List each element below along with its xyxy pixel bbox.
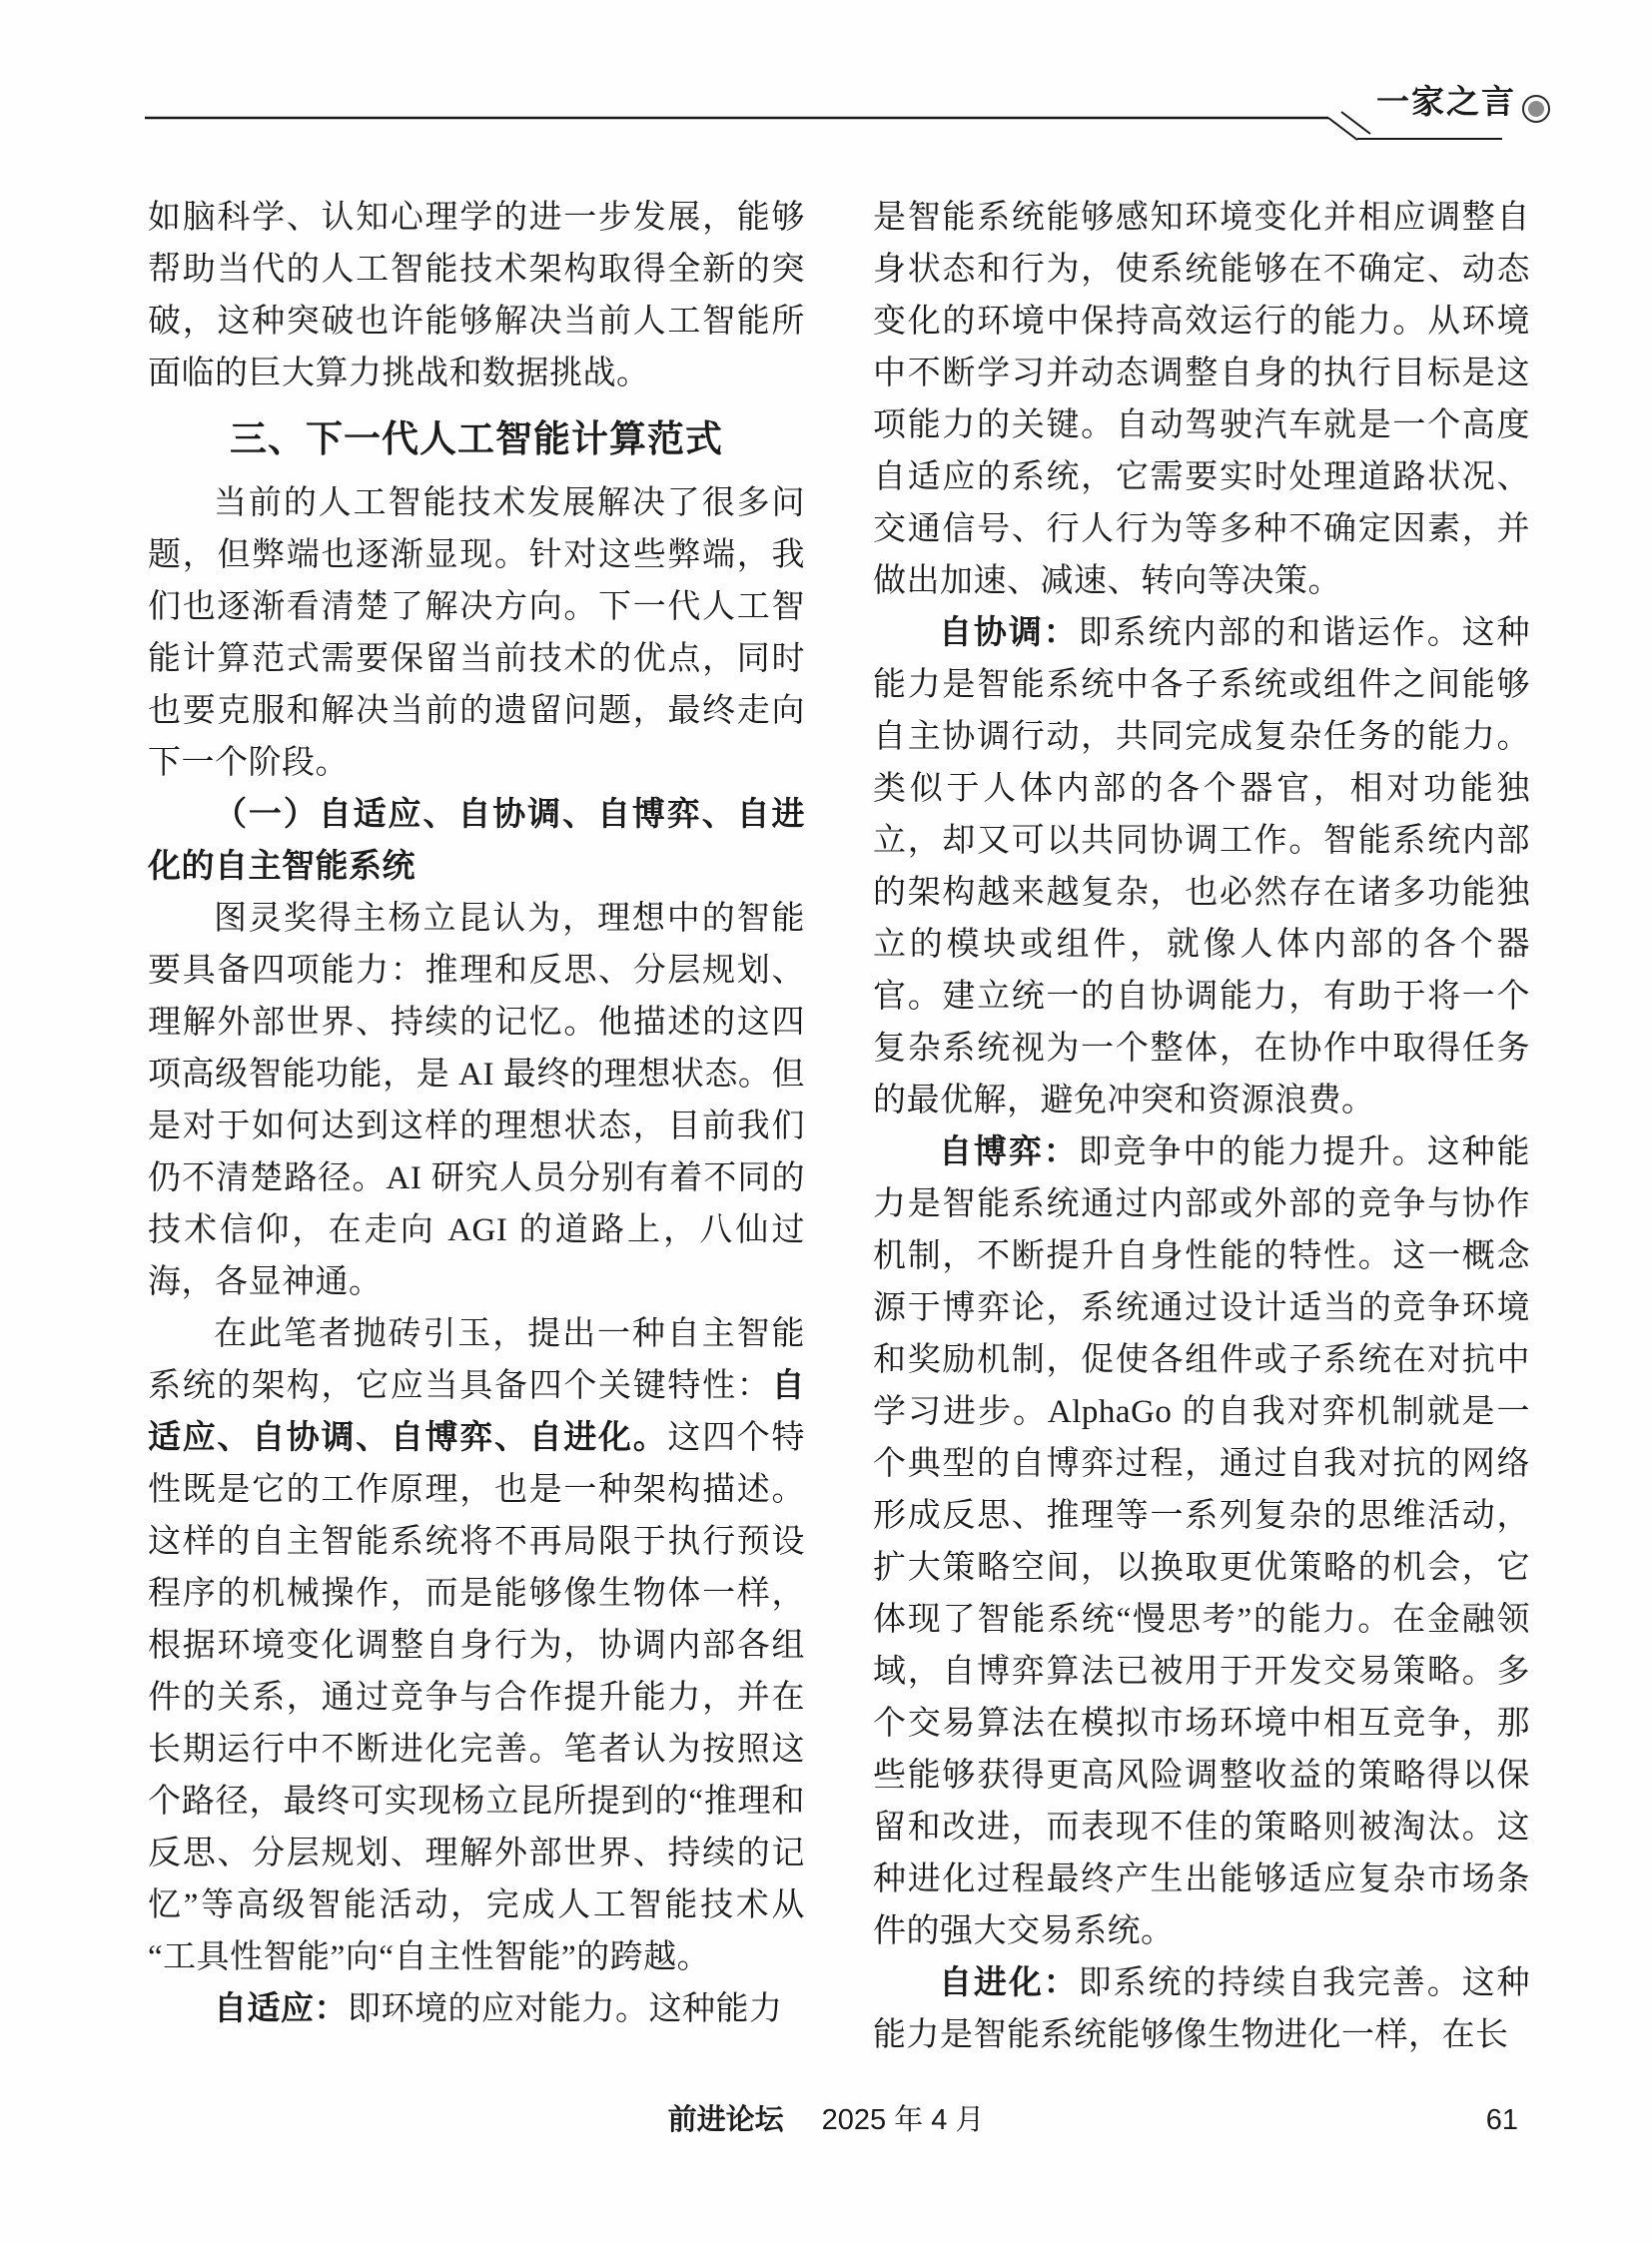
left-column: 如脑科学、认知心理学的进一步发展，能够帮助当代的人工智能技术架构取得全新的突破，… <box>148 192 805 2035</box>
paragraph-text: 即系统内部的和谐运作。这种能力是智能系统中各子系统或组件之间能够自主协调行动，共… <box>873 615 1530 1119</box>
term-lead: 自适应： <box>214 1991 348 2027</box>
right-column: 是智能系统能够感知环境变化并相应调整自身状态和行为，使系统能够在不确定、动态变化… <box>873 192 1530 2061</box>
section-label: 一家之言 <box>1376 84 1516 122</box>
paragraph: 自协调：即系统内部的和谐运作。这种能力是智能系统中各子系统或组件之间能够自主协调… <box>873 607 1530 1126</box>
journal-name: 前进论坛 <box>668 2104 784 2136</box>
page-number: 61 <box>1422 2103 1518 2137</box>
paragraph-text: 在此笔者抛砖引玉，提出一种自主智能系统的架构，它应当具备四个关键特性： <box>148 1316 805 1404</box>
sub-heading: （一）自适应、自协调、自博弈、自进化的自主智能系统 <box>148 789 805 893</box>
paragraph: 当前的人工智能技术发展解决了很多问题，但弊端也逐渐显现。针对这些弊端，我们也逐渐… <box>148 477 805 789</box>
paragraph: 自适应：即环境的应对能力。这种能力 <box>148 1983 805 2035</box>
section-heading: 三、下一代人工智能计算范式 <box>148 415 805 463</box>
magazine-page: 一家之言 如脑科学、认知心理学的进一步发展，能够帮助当代的人工智能技术架构取得全… <box>0 0 1652 2242</box>
bullseye-icon <box>1522 95 1550 123</box>
term-lead: 自博弈： <box>939 1134 1079 1170</box>
term-lead: 自协调： <box>939 615 1079 651</box>
paragraph-text: 即竞争中的能力提升。这种能力是智能系统通过内部或外部的竞争与协作机制，不断提升自… <box>873 1134 1530 1949</box>
bullseye-dot <box>1528 101 1544 117</box>
paragraph-text: 这四个特性既是它的工作原理，也是一种架构描述。这样的自主智能系统将不再局限于执行… <box>148 1420 805 1975</box>
paragraph-continuation: 如脑科学、认知心理学的进一步发展，能够帮助当代的人工智能技术架构取得全新的突破，… <box>148 192 805 399</box>
paragraph: 自博弈：即竞争中的能力提升。这种能力是智能系统通过内部或外部的竞争与协作机制，不… <box>873 1126 1530 1957</box>
term-lead: 自进化： <box>939 1965 1079 2001</box>
issue-date: 2025 年 4 月 <box>822 2104 985 2136</box>
page-footer: 前进论坛2025 年 4 月 <box>0 2103 1652 2137</box>
paragraph: 图灵奖得主杨立昆认为，理想中的智能要具备四项能力：推理和反思、分层规划、理解外部… <box>148 893 805 1308</box>
paragraph: 在此笔者抛砖引玉，提出一种自主智能系统的架构，它应当具备四个关键特性：自适应、自… <box>148 1308 805 1983</box>
paragraph-continuation: 是智能系统能够感知环境变化并相应调整自身状态和行为，使系统能够在不确定、动态变化… <box>873 192 1530 607</box>
paragraph: 自进化：即系统的持续自我完善。这种能力是智能系统能够像生物进化一样，在长 <box>873 1957 1530 2061</box>
paragraph-text: 即环境的应对能力。这种能力 <box>348 1991 783 2027</box>
header-rule-line <box>0 0 1652 160</box>
